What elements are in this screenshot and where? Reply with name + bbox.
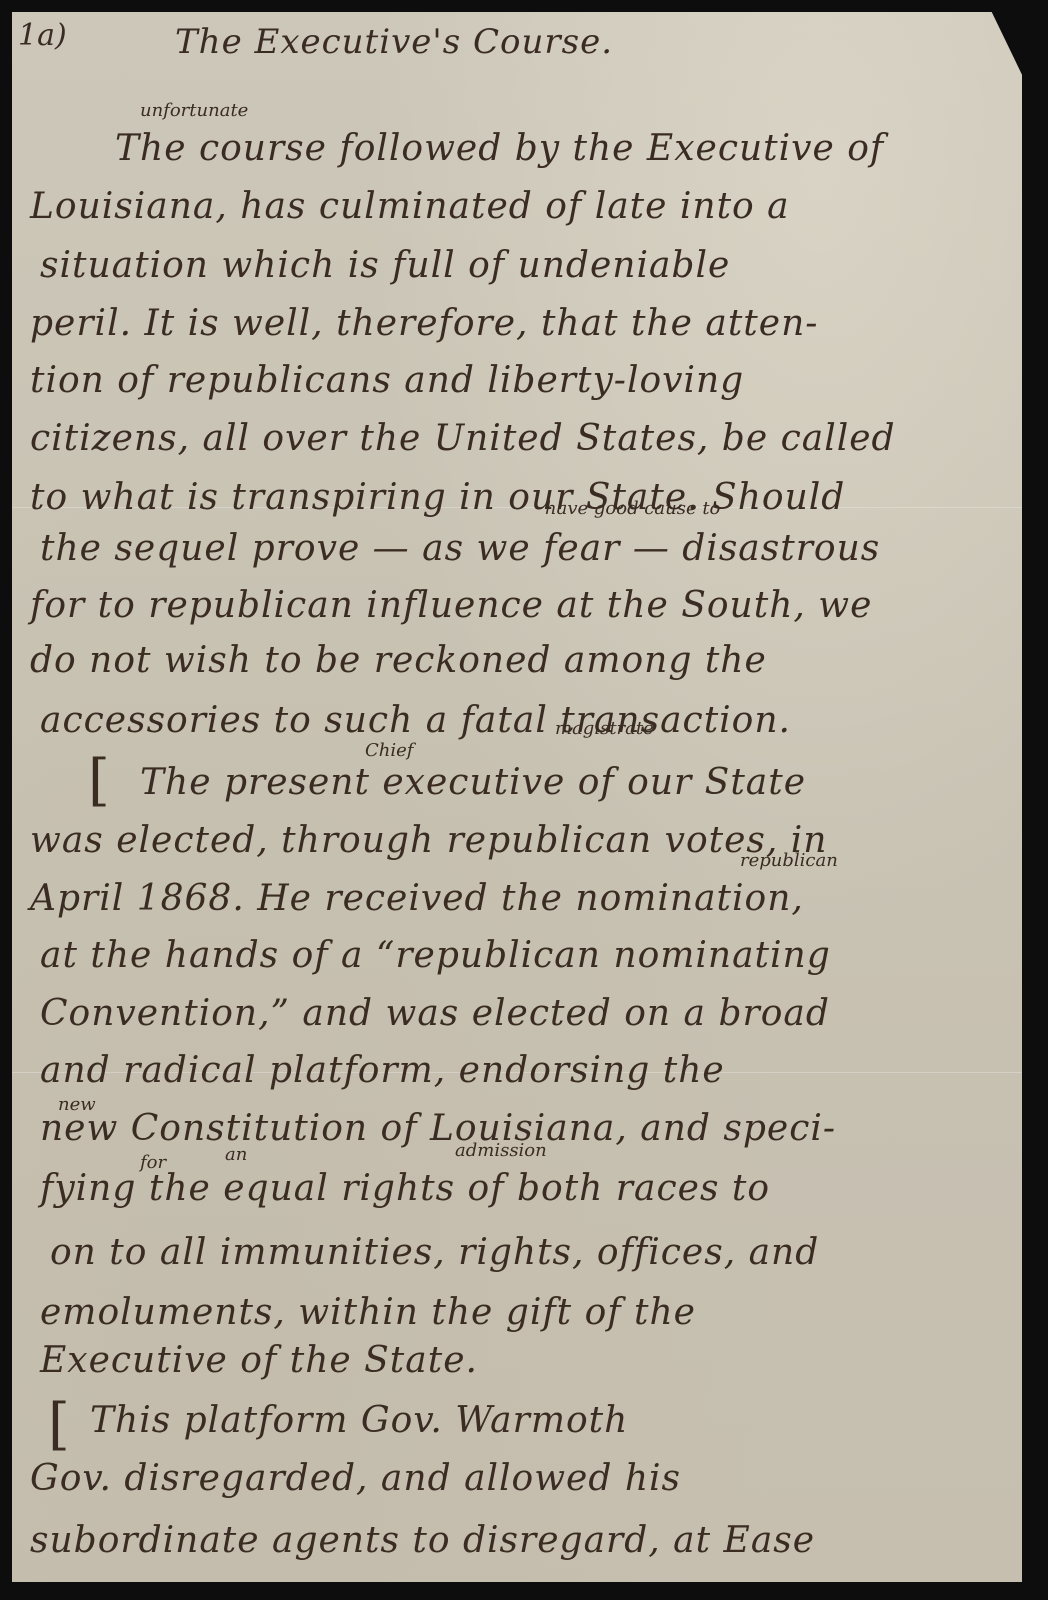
text-line-8: the sequel prove — as we fear — disastro… <box>40 528 880 569</box>
text-line-12: The present executive of our State <box>140 762 806 803</box>
text-line-23: This platform Gov. Warmoth <box>90 1400 628 1441</box>
text-line-2: Louisiana, has culminated of late into a <box>30 186 790 227</box>
text-line-1: The course followed by the Executive of <box>115 128 884 169</box>
insertion-an: an <box>225 1144 247 1165</box>
insertion-magistrate: magistrate <box>555 718 654 739</box>
text-line-18: new Constitution of Louisiana, and speci… <box>40 1108 836 1149</box>
text-line-16: Convention,” and was elected on a broad <box>40 993 830 1034</box>
page-number: 1a) <box>18 18 67 53</box>
text-line-3: situation which is full of undeniable <box>40 245 730 286</box>
text-line-14: April 1868. He received the nomination, <box>30 878 804 919</box>
insertion-have-good-cause: have good cause to <box>545 498 720 519</box>
insertion-unfortunate: unfortunate <box>140 100 248 121</box>
document-title: The Executive's Course. <box>175 22 613 62</box>
text-line-22: Executive of the State. <box>40 1340 478 1381</box>
text-line-10: do not wish to be reckoned among the <box>30 640 767 681</box>
text-line-13: was elected, through republican votes, i… <box>30 820 828 861</box>
bracket-mark: [ <box>48 1392 70 1457</box>
text-line-4: peril. It is well, therefore, that the a… <box>30 303 818 344</box>
insertion-admission: admission <box>455 1140 547 1161</box>
text-line-6: citizens, all over the United States, be… <box>30 418 896 459</box>
text-line-24: Gov. disregarded, and allowed his <box>30 1458 681 1499</box>
bracket-mark: [ <box>88 748 110 813</box>
text-line-5: tion of republicans and liberty-loving <box>30 360 744 401</box>
text-line-15: at the hands of a “republican nominating <box>40 935 831 976</box>
text-line-11: accessories to such a fatal transaction. <box>40 700 791 741</box>
insertion-republican: republican <box>740 850 838 871</box>
text-line-19: fying the equal rights of both races to <box>40 1168 770 1209</box>
text-line-9: for to republican influence at the South… <box>30 585 872 626</box>
insertion-chief: Chief <box>365 740 413 761</box>
text-line-7: to what is transpiring in our State. Sho… <box>30 477 845 518</box>
text-line-20: on to all immunities, rights, offices, a… <box>50 1232 819 1273</box>
text-line-17: and radical platform, endorsing the <box>40 1050 725 1091</box>
text-line-21: emoluments, within the gift of the <box>40 1292 696 1333</box>
text-line-25: subordinate agents to disregard, at Ease <box>30 1520 815 1561</box>
